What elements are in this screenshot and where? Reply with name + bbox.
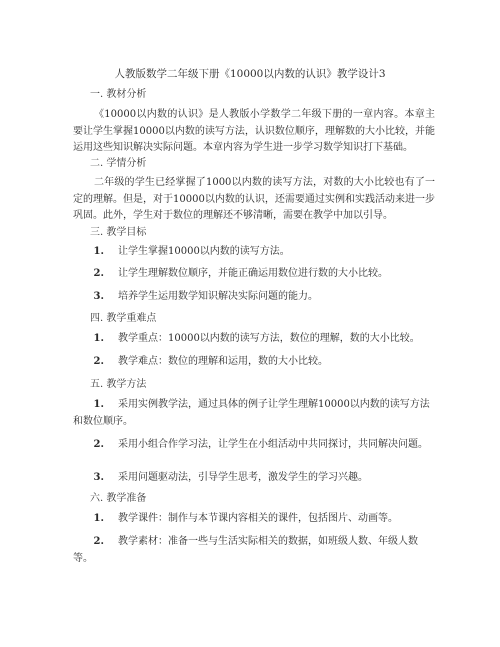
- list-text: 让学生理解数位顺序，并能正确运用数位进行数的大小比较。: [118, 268, 388, 279]
- section-paragraph-2: 二年级的学生已经掌握了1000以内数的读写方法，对数的大小比较也有了一定的理解。…: [73, 175, 435, 225]
- section-heading-4: 四. 教学重难点: [90, 312, 156, 326]
- list-text: 让学生掌握10000以内数的读写方法。: [118, 246, 290, 257]
- list-number: 3.: [73, 289, 118, 306]
- list-number: 1.: [73, 397, 118, 414]
- list-number: 2.: [73, 266, 118, 283]
- section-paragraph-1: 《10000以内数的认识》是人教版小学数学二年级下册的一章内容。本章主要让学生掌…: [73, 107, 435, 157]
- list-text: 教学素材：准备一些与生活实际相关的数据，如班级人数、年级人数等。: [73, 536, 418, 564]
- list-item: 3.培养学生运用数学知识解决实际问题的能力。: [73, 289, 435, 306]
- list-item: 1.让学生掌握10000以内数的读写方法。: [73, 244, 435, 261]
- section-heading-5: 五. 教学方法: [90, 378, 146, 392]
- list-number: 1.: [73, 244, 118, 261]
- section-heading-3: 三. 教学目标: [90, 226, 146, 240]
- list-item: 2.让学生理解数位顺序，并能正确运用数位进行数的大小比较。: [73, 266, 435, 283]
- list-number: 2.: [73, 534, 118, 551]
- list-text: 采用问题驱动法，引导学生思考，激发学生的学习兴趣。: [118, 472, 368, 483]
- list-text: 采用小组合作学习法，让学生在小组活动中共同探讨，共同解决问题。: [118, 439, 428, 450]
- section-heading-6: 六. 教学准备: [90, 492, 146, 506]
- list-number: 1.: [73, 331, 118, 348]
- list-number: 2.: [73, 437, 118, 454]
- list-text: 培养学生运用数学知识解决实际问题的能力。: [118, 291, 318, 302]
- document-page: 人教版数学二年级下册《10000以内数的认识》教学设计3 一. 教材分析 《10…: [0, 0, 500, 647]
- list-item: 2.采用小组合作学习法，让学生在小组活动中共同探讨，共同解决问题。: [73, 437, 435, 454]
- list-text: 教学重点：10000以内数的读写方法，数位的理解，数的大小比较。: [118, 333, 420, 344]
- section-heading-1: 一. 教材分析: [90, 88, 146, 102]
- list-number: 2.: [73, 354, 118, 371]
- list-item: 1.采用实例教学法，通过具体的例子让学生理解10000以内数的读写方法和数位顺序…: [73, 397, 435, 430]
- list-item: 3.采用问题驱动法，引导学生思考，激发学生的学习兴趣。: [73, 470, 435, 487]
- list-item: 1.教学课件：制作与本节课内容相关的课件，包括图片、动画等。: [73, 511, 435, 528]
- list-item: 1.教学重点：10000以内数的读写方法，数位的理解，数的大小比较。: [73, 331, 435, 348]
- list-text: 教学难点：数位的理解和运用，数的大小比较。: [118, 356, 328, 367]
- document-title: 人教版数学二年级下册《10000以内数的认识》教学设计3: [0, 67, 500, 81]
- list-text: 采用实例教学法，通过具体的例子让学生理解10000以内数的读写方法和数位顺序。: [73, 399, 430, 427]
- list-number: 3.: [73, 470, 118, 487]
- section-heading-2: 二. 学情分析: [90, 157, 146, 171]
- list-number: 1.: [73, 511, 118, 528]
- list-text: 教学课件：制作与本节课内容相关的课件，包括图片、动画等。: [118, 513, 398, 524]
- list-item: 2.教学难点：数位的理解和运用，数的大小比较。: [73, 354, 435, 371]
- list-item: 2.教学素材：准备一些与生活实际相关的数据，如班级人数、年级人数等。: [73, 534, 435, 567]
